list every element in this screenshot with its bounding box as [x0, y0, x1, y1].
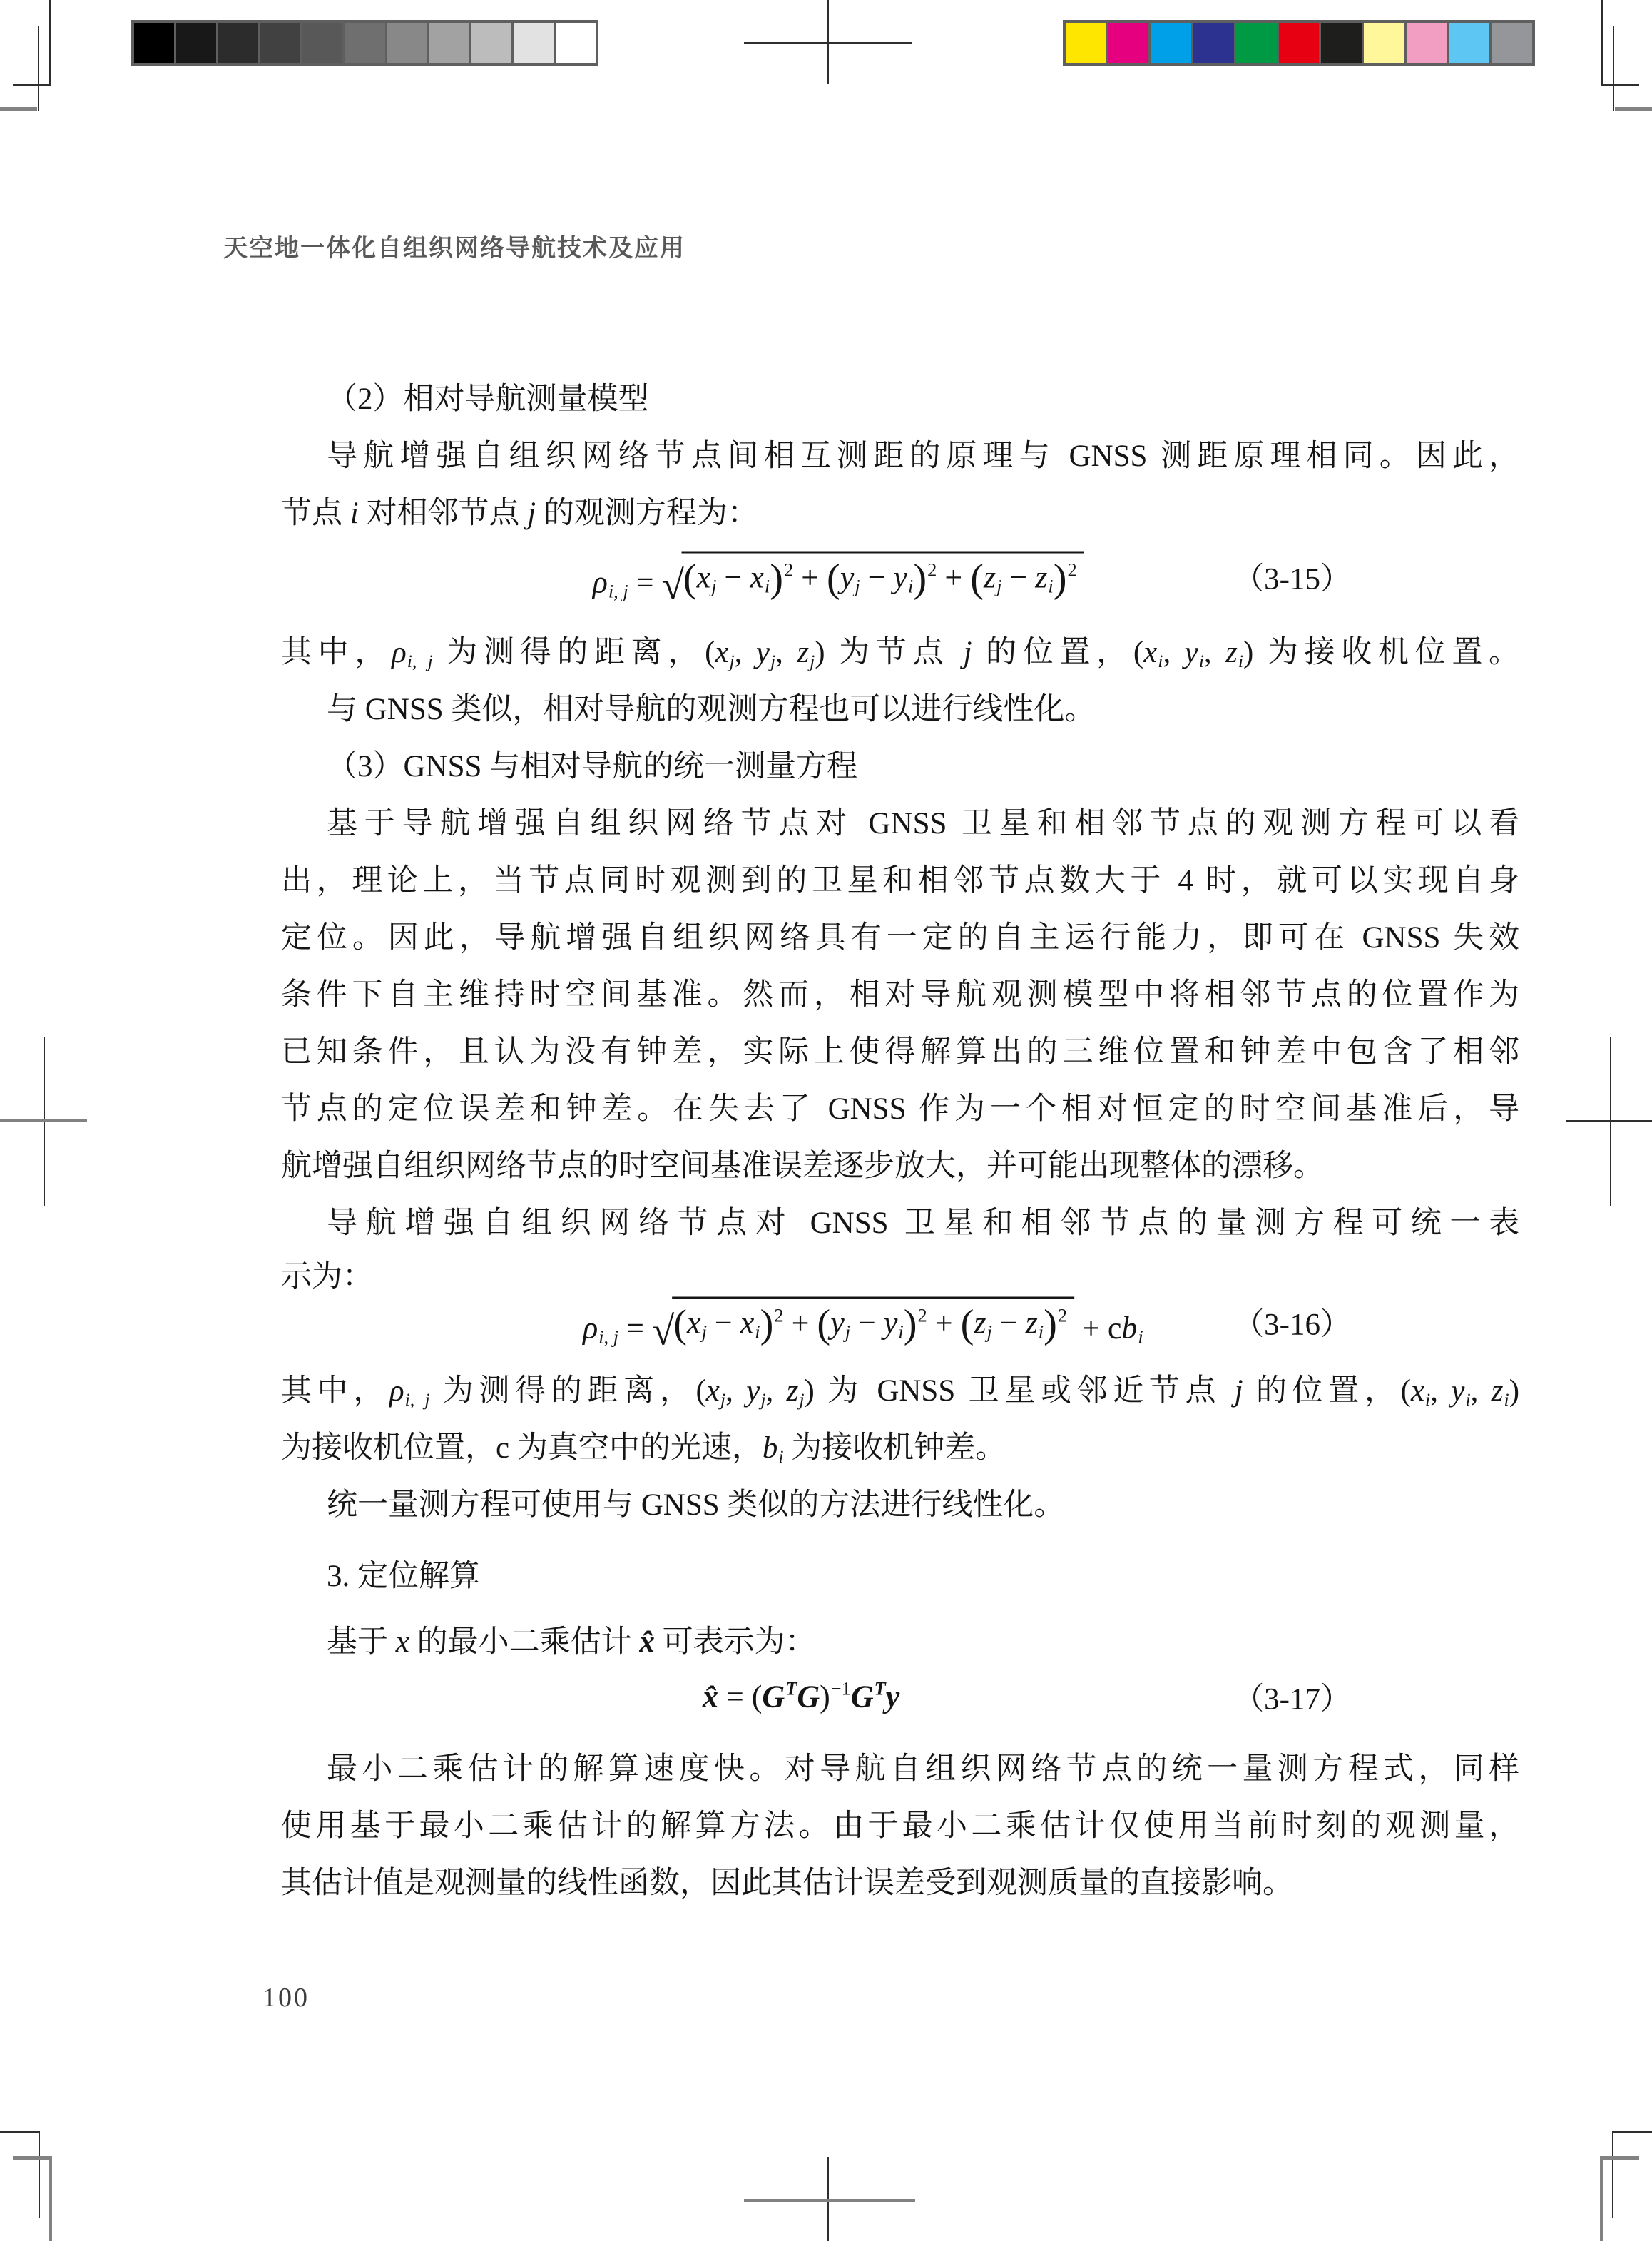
grayscale-swatch: [218, 23, 258, 63]
math-variable: xi: [750, 559, 770, 594]
crop-mark-bottom-left: [49, 2156, 52, 2241]
crop-mark-bottom-right: [1602, 2156, 1639, 2160]
math-variable: ρi, j: [593, 564, 628, 599]
text-line: 其估计值是观测量的线性函数，因此其估计误差受到观测质量的直接影响。: [281, 1855, 1519, 1912]
sqrt-radical: √(xj − xi)2 + (yj − yi)2 + (zj − zi)2: [662, 551, 1084, 601]
text-segment: 与 GNSS 类似，相对导航的观测方程也可以进行线性化。: [327, 693, 1095, 726]
grayscale-swatch: [176, 23, 216, 63]
text-line: （3）GNSS 与相对导航的统一测量方程: [281, 738, 1519, 796]
text-segment: +: [793, 559, 827, 594]
text-segment: 为接收机位置，c 为真空中的光速，: [281, 1431, 763, 1465]
text-segment: 出，理论上，当节点同时观测到的卫星和相邻节点数大于 4 时，就可以实现自身: [281, 864, 1519, 898]
equation: x̂ = (GTG)−1GTy: [703, 1678, 899, 1714]
math-variable: zi: [1492, 1374, 1509, 1408]
text-segment: =: [618, 1310, 652, 1345]
text-column: （2）相对导航测量模型导航增强自组织网络节点间相互测距的原理与 GNSS 测距原…: [281, 0, 1519, 2241]
text-segment: ,: [765, 1374, 786, 1408]
crop-mark-top-left: [38, 26, 39, 111]
text-segment: ,: [735, 636, 756, 669]
crop-mark-right-middle: [1610, 1037, 1611, 1206]
text-segment: ,: [725, 1374, 746, 1408]
math-variable: x̂: [703, 1679, 718, 1714]
crop-mark-top-right: [1615, 107, 1652, 111]
equation-number: （3-16）: [1233, 1300, 1351, 1343]
text-segment: 对相邻节点: [359, 497, 528, 530]
text-line: 与 GNSS 类似，相对导航的观测方程也可以进行线性化。: [281, 681, 1519, 738]
math-variable: yj: [840, 559, 860, 594]
crop-mark-left-middle: [0, 1119, 87, 1122]
math-variable: zj: [974, 1305, 991, 1340]
crop-mark-bottom-right: [1600, 2156, 1603, 2241]
crop-mark-top-right: [1601, 84, 1639, 86]
math-variable: i: [350, 497, 359, 530]
math-variable: j: [1235, 1374, 1243, 1408]
math-variable: j: [527, 497, 536, 530]
math-variable: yi: [1451, 1374, 1470, 1408]
math-variable: yj: [830, 1305, 850, 1340]
math-variable: xi: [1411, 1374, 1430, 1408]
math-variable: bi: [763, 1431, 784, 1465]
text-line: 导航增强自组织网络节点间相互测距的原理与 GNSS 测距原理相同。因此，: [281, 428, 1519, 485]
text-segment: 其中，: [281, 1374, 389, 1408]
text-segment: ,: [1430, 1374, 1451, 1408]
text-segment: ,: [1471, 1374, 1492, 1408]
equation-row: ρi, j = √(xj − xi)2 + (yj − yi)2 + (zj −…: [281, 1281, 1519, 1363]
sqrt-radical: √(xj − xi)2 + (yj − yi)2 + (zj − zi)2: [652, 1296, 1074, 1347]
text-line: 已知条件，且认为没有钟差，实际上使得解算出的三维位置和钟差中包含了相邻: [281, 1024, 1519, 1081]
equation-row: x̂ = (GTG)−1GTy（3-17）: [281, 1662, 1519, 1730]
crop-mark-top-left: [0, 107, 37, 111]
math-variable: zi: [1225, 636, 1243, 669]
paren-group: (yj − yi)2: [817, 1305, 927, 1340]
text-segment: −: [1001, 559, 1035, 594]
text-line: 其中，ρi, j 为测得的距离，(xj, yj, zj) 为节点 j 的位置，(…: [281, 624, 1519, 681]
text-segment: 其估计值是观测量的线性函数，因此其估计误差受到观测质量的直接影响。: [281, 1866, 1293, 1900]
text-segment: ,: [775, 636, 797, 669]
text-segment: ) 为 GNSS 卫星或邻近节点: [805, 1374, 1235, 1408]
math-variable: yj: [746, 1374, 765, 1408]
math-variable: ρi, j: [583, 1310, 618, 1345]
equation-row: ρi, j = √(xj − xi)2 + (yj − yi)2 + (zj −…: [281, 532, 1519, 621]
text-line: 节点的定位误差和钟差。在失去了 GNSS 作为一个相对恒定的时空间基准后，导: [281, 1081, 1519, 1138]
text-segment: 3. 定位解算: [327, 1560, 480, 1593]
text-segment: 的位置，(: [972, 636, 1144, 669]
text-segment: = (: [718, 1679, 762, 1714]
equation-number: （3-15）: [1233, 554, 1351, 598]
crop-mark-top-right: [1613, 26, 1614, 111]
math-variable: zi: [1035, 559, 1053, 594]
text-segment: +: [937, 559, 970, 594]
paren-group: (xj − xi)2: [673, 1305, 783, 1340]
text-segment: −: [717, 559, 750, 594]
math-variable: zj: [797, 636, 815, 669]
text-segment: 基于: [327, 1625, 396, 1659]
text-segment: )−1: [820, 1679, 851, 1714]
paren-group: (yj − yi)2: [827, 559, 937, 594]
text-segment: 的观测方程为：: [536, 497, 758, 530]
paren-group: (zj − zi)2: [970, 559, 1077, 594]
text-segment: 其中，: [281, 636, 392, 669]
text-segment: 已知条件，且认为没有钟差，实际上使得解算出的三维位置和钟差中包含了相邻: [281, 1035, 1519, 1069]
text-line: 其中，ρi, j 为测得的距离，(xj, yj, zj) 为 GNSS 卫星或邻…: [281, 1363, 1519, 1420]
text-segment: 使用基于最小二乘估计的解算方法。由于最小二乘估计仅使用当前时刻的观测量，: [281, 1809, 1519, 1843]
paren-group: (zj − zi)2: [961, 1305, 1068, 1340]
math-variable: zi: [1026, 1305, 1044, 1340]
math-variable: xj: [697, 559, 717, 594]
text-line: 导航增强自组织网络节点对 GNSS 卫星和相邻节点的量测方程可统一表: [281, 1195, 1519, 1252]
math-variable: GT: [762, 1679, 797, 1714]
text-line: 航增强自组织网络节点的时空间基准误差逐步放大，并可能出现整体的漂移。: [281, 1138, 1519, 1195]
crop-mark-bottom-left: [13, 2156, 50, 2160]
text-segment: −: [707, 1305, 740, 1340]
crop-mark-bottom-left: [0, 2131, 39, 2133]
equation-number: （3-17）: [1233, 1675, 1351, 1718]
crop-mark-bottom-right: [1612, 2131, 1613, 2218]
math-variable: G: [797, 1679, 820, 1714]
text-segment: 基于导航增强自组织网络节点对 GNSS 卫星和相邻节点的观测方程可以看: [327, 807, 1519, 840]
text-segment: ) 为接收机位置。: [1243, 636, 1519, 669]
math-variable: bi: [1121, 1310, 1143, 1345]
text-line: 定位。因此，导航增强自组织网络具有一定的自主运行能力，即可在 GNSS 失效: [281, 910, 1519, 967]
text-segment: ,: [1163, 636, 1184, 669]
crop-mark-bottom-left: [39, 2131, 40, 2218]
math-variable: zj: [984, 559, 1001, 594]
text-line: 为接收机位置，c 为真空中的光速，bi 为接收机钟差。: [281, 1420, 1519, 1477]
math-variable: xi: [1143, 636, 1163, 669]
math-variable: j: [964, 636, 972, 669]
text-segment: 为测得的距离，(: [433, 636, 715, 669]
equation: ρi, j = √(xj − xi)2 + (yj − yi)2 + (zj −…: [593, 551, 1084, 601]
math-variable: xj: [715, 636, 734, 669]
text-line: 最小二乘估计的解算速度快。对导航自组织网络节点的统一量测方程式，同样: [281, 1741, 1519, 1798]
crop-mark-bottom-right: [1613, 2131, 1652, 2133]
text-line: 使用基于最小二乘估计的解算方法。由于最小二乘估计仅使用当前时刻的观测量，: [281, 1798, 1519, 1855]
math-variable: GT: [851, 1679, 886, 1714]
text-segment: 节点的定位误差和钟差。在失去了 GNSS 作为一个相对恒定的时空间基准后，导: [281, 1092, 1519, 1126]
text-segment: 为接收机钟差。: [784, 1431, 1006, 1465]
math-variable: ρi, j: [392, 636, 433, 669]
text-segment: 条件下自主维持时空间基准。然而，相对导航观测模型中将相邻节点的位置作为: [281, 978, 1519, 1012]
text-segment: +: [784, 1305, 817, 1340]
text-segment: ,: [1204, 636, 1225, 669]
math-variable: ρi, j: [389, 1374, 430, 1408]
text-line: 统一量测方程可使用与 GNSS 类似的方法进行线性化。: [281, 1477, 1519, 1534]
text-segment: 节点: [281, 497, 350, 530]
math-variable: zj: [787, 1374, 805, 1408]
grayscale-swatch: [134, 23, 174, 63]
text-segment: −: [992, 1305, 1026, 1340]
math-variable: y: [886, 1679, 900, 1714]
text-segment: 为测得的距离，(: [430, 1374, 706, 1408]
text-line: 基于导航增强自组织网络节点对 GNSS 卫星和相邻节点的观测方程可以看: [281, 796, 1519, 853]
text-segment: 的位置，(: [1243, 1374, 1411, 1408]
math-variable: x̂: [639, 1625, 655, 1659]
math-variable: yi: [894, 559, 914, 594]
text-line: （2）相对导航测量模型: [281, 371, 1519, 428]
math-variable: xj: [706, 1374, 725, 1408]
math-variable: yi: [884, 1305, 904, 1340]
text-segment: 航增强自组织网络节点的时空间基准误差逐步放大，并可能出现整体的漂移。: [281, 1149, 1324, 1183]
math-variable: xi: [740, 1305, 760, 1340]
page-number: 100: [262, 1982, 310, 2013]
text-line: 条件下自主维持时空间基准。然而，相对导航观测模型中将相邻节点的位置作为: [281, 967, 1519, 1024]
crop-mark-top-left: [13, 84, 51, 86]
crop-mark-right-middle: [1566, 1120, 1652, 1122]
text-segment: −: [850, 1305, 884, 1340]
math-variable: x: [396, 1625, 409, 1659]
text-segment: 的最小二乘估计: [409, 1625, 640, 1659]
text-line: 出，理论上，当节点同时观测到的卫星和相邻节点数大于 4 时，就可以实现自身: [281, 853, 1519, 910]
text-line: 3. 定位解算: [281, 1548, 1519, 1605]
text-segment: 定位。因此，导航增强自组织网络具有一定的自主运行能力，即可在 GNSS 失效: [281, 921, 1519, 955]
crop-mark-top-left: [49, 0, 51, 86]
text-segment: 最小二乘估计的解算速度快。对导航自组织网络节点的统一量测方程式，同样: [327, 1752, 1519, 1786]
crop-mark-top-right: [1601, 0, 1603, 86]
text-segment: 可表示为：: [655, 1625, 816, 1659]
text-segment: （2）相对导航测量模型: [327, 382, 649, 416]
text-segment: 导航增强自组织网络节点间相互测距的原理与 GNSS 测距原理相同。因此，: [327, 439, 1519, 473]
math-variable: xj: [687, 1305, 707, 1340]
text-segment: =: [628, 564, 662, 599]
text-segment: ): [1509, 1374, 1519, 1408]
paren-group: (xj − xi)2: [683, 559, 793, 594]
text-segment: −: [860, 559, 894, 594]
text-segment: 导航增强自组织网络节点对 GNSS 卫星和相邻节点的量测方程可统一表: [327, 1206, 1519, 1240]
book-page: 天空地一体化自组织网络导航技术及应用 （2）相对导航测量模型导航增强自组织网络节…: [0, 0, 1652, 2241]
text-segment: （3）GNSS 与相对导航的统一测量方程: [327, 750, 857, 783]
equation: ρi, j = √(xj − xi)2 + (yj − yi)2 + (zj −…: [583, 1296, 1143, 1347]
math-variable: yi: [1185, 636, 1204, 669]
text-segment: + c: [1074, 1310, 1121, 1345]
text-segment: +: [927, 1305, 961, 1340]
text-segment: ) 为节点: [815, 636, 963, 669]
text-segment: 统一量测方程可使用与 GNSS 类似的方法进行线性化。: [327, 1488, 1064, 1522]
math-variable: yj: [756, 636, 775, 669]
